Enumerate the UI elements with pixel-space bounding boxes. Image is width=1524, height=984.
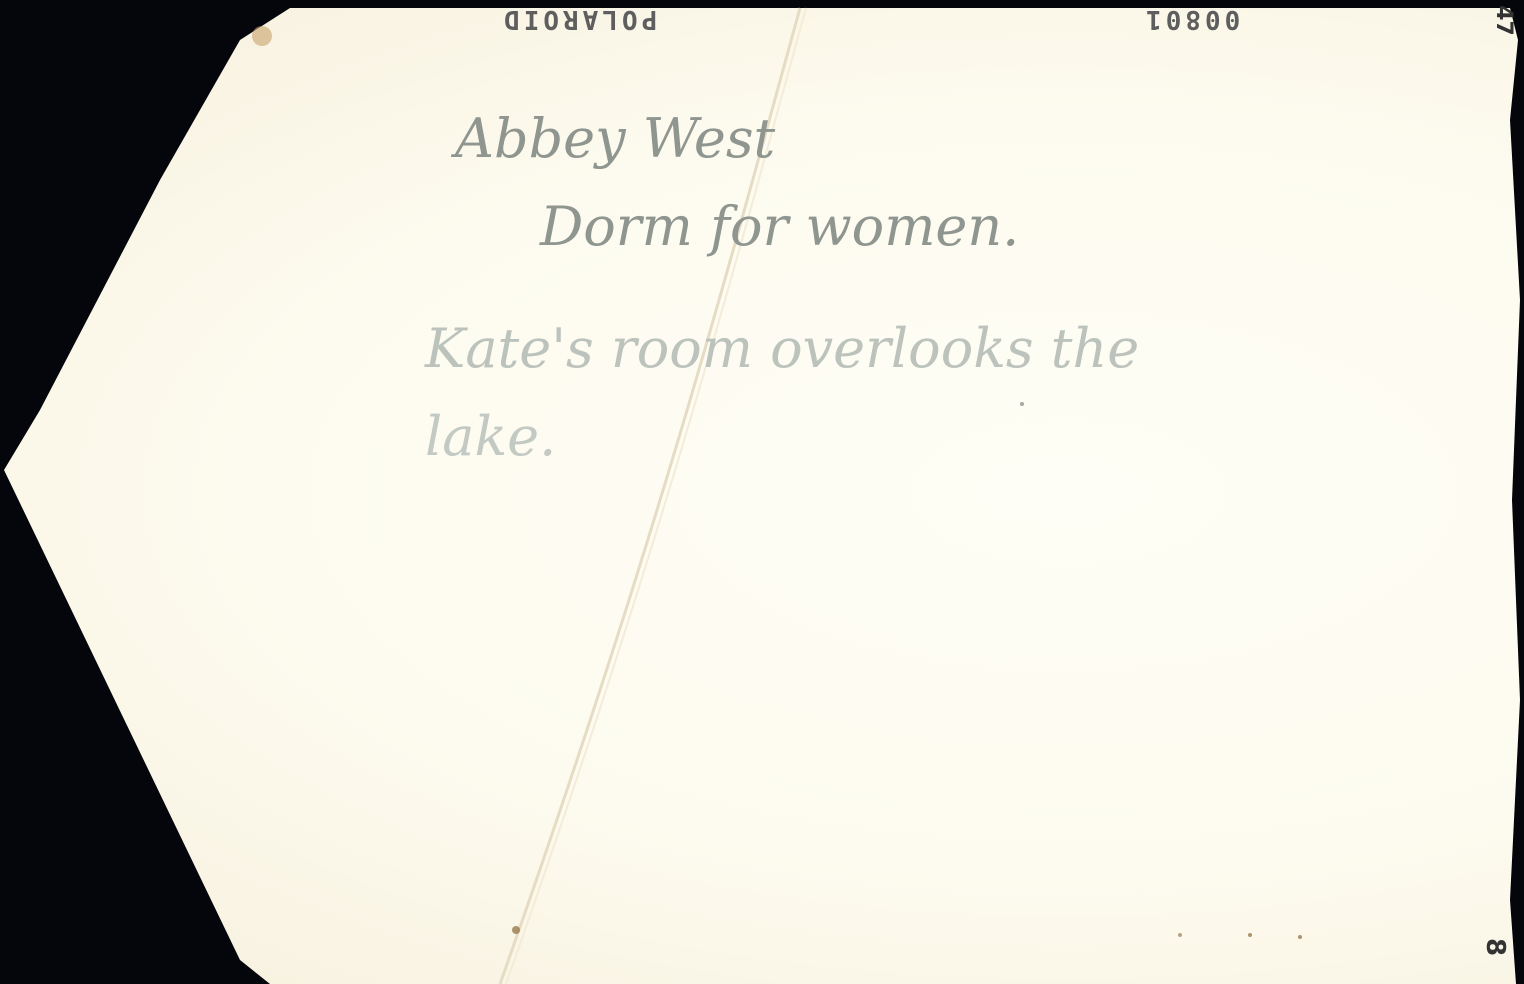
code-stamp: 00801	[1142, 4, 1240, 34]
handwriting-line-1: Abbey West	[455, 112, 775, 166]
edge-number-bottom: 8	[1480, 938, 1510, 956]
handwriting-line-4: lake.	[425, 410, 556, 464]
handwriting-line-3: Kate's room overlooks the	[425, 322, 1139, 376]
brand-stamp: POLAROID	[500, 4, 657, 34]
edge-number-top: 47	[1491, 5, 1516, 36]
handwriting-line-2: Dorm for women.	[540, 200, 1019, 254]
